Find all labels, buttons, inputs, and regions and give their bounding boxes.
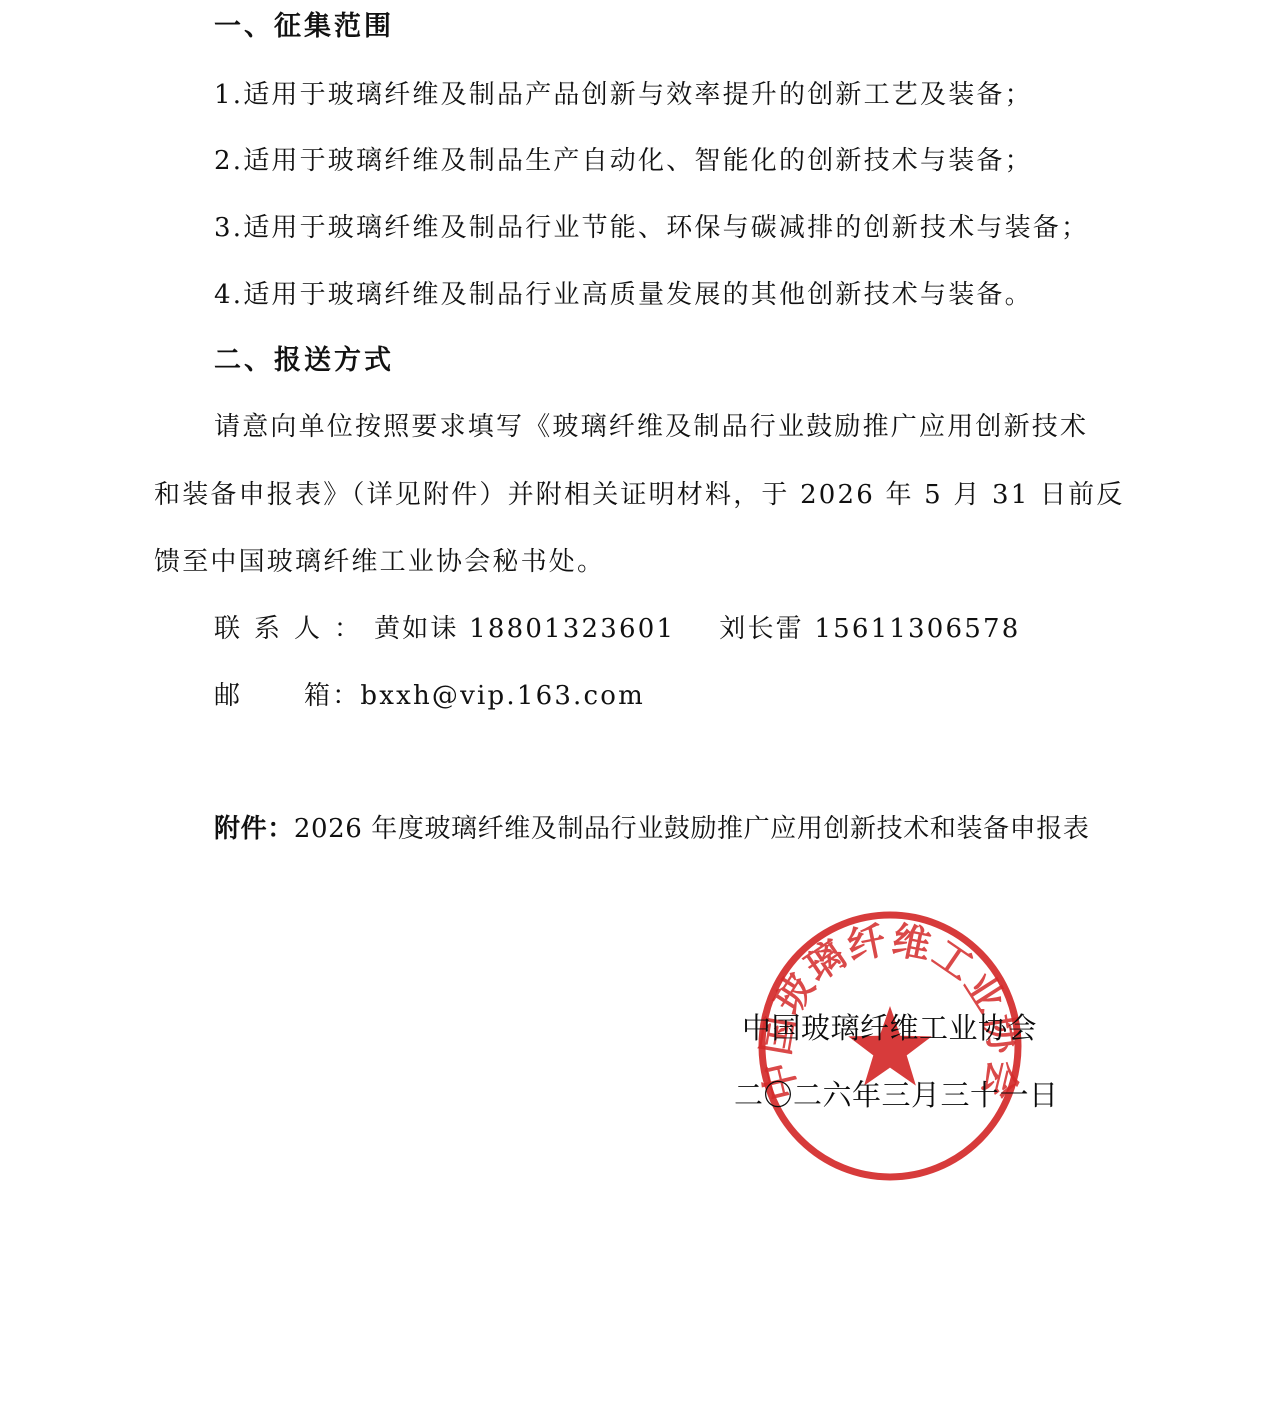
- attachment-line: 附件：2026 年度玻璃纤维及制品行业鼓励推广应用创新技术和装备申报表: [214, 812, 1089, 846]
- scope-item-1: 1.适用于玻璃纤维及制品产品创新与效率提升的创新工艺及装备；: [214, 78, 1033, 112]
- email-label-b: 箱：: [304, 681, 360, 711]
- submission-paragraph-line-2: 和装备申报表》（详见附件）并附相关证明材料，于 2026 年 5 月 31 日前…: [154, 478, 1125, 512]
- email-address[interactable]: bxxh@vip.163.com: [360, 681, 645, 711]
- contacts-label: 联系人：: [214, 614, 374, 644]
- attachment-label: 附件：: [214, 814, 294, 844]
- scope-item-4: 4.适用于玻璃纤维及制品行业高质量发展的其他创新技术与装备。: [214, 278, 1033, 312]
- attachment-title: 2026 年度玻璃纤维及制品行业鼓励推广应用创新技术和装备申报表: [294, 814, 1090, 844]
- contact-name-1: 黄如诔: [374, 614, 459, 644]
- scope-item-2: 2.适用于玻璃纤维及制品生产自动化、智能化的创新技术与装备；: [214, 144, 1033, 178]
- submission-paragraph-line-3: 馈至中国玻璃纤维工业协会秘书处。: [154, 545, 605, 579]
- official-seal: 中国玻璃纤维工业协会: [756, 910, 1024, 1182]
- section-heading-scope: 一、征集范围: [214, 10, 394, 44]
- signature-organization: 中国玻璃纤维工业协会: [742, 1010, 1037, 1046]
- contact-phone-1: 18801323601: [469, 614, 675, 644]
- contact-name-2: 刘长雷: [719, 614, 804, 644]
- section-heading-submission: 二、报送方式: [214, 344, 394, 378]
- signature-date: 二〇二六年三月三十一日: [734, 1077, 1059, 1113]
- email-line: 邮箱：bxxh@vip.163.com: [214, 679, 645, 713]
- email-label-a: 邮: [214, 679, 304, 713]
- contact-phone-2: 15611306578: [814, 614, 1020, 644]
- submission-paragraph-line-1: 请意向单位按照要求填写《玻璃纤维及制品行业鼓励推广应用创新技术: [214, 410, 1088, 444]
- scope-item-3: 3.适用于玻璃纤维及制品行业节能、环保与碳减排的创新技术与装备；: [214, 211, 1089, 245]
- contacts-line: 联系人：黄如诔 18801323601刘长雷 15611306578: [214, 612, 1021, 646]
